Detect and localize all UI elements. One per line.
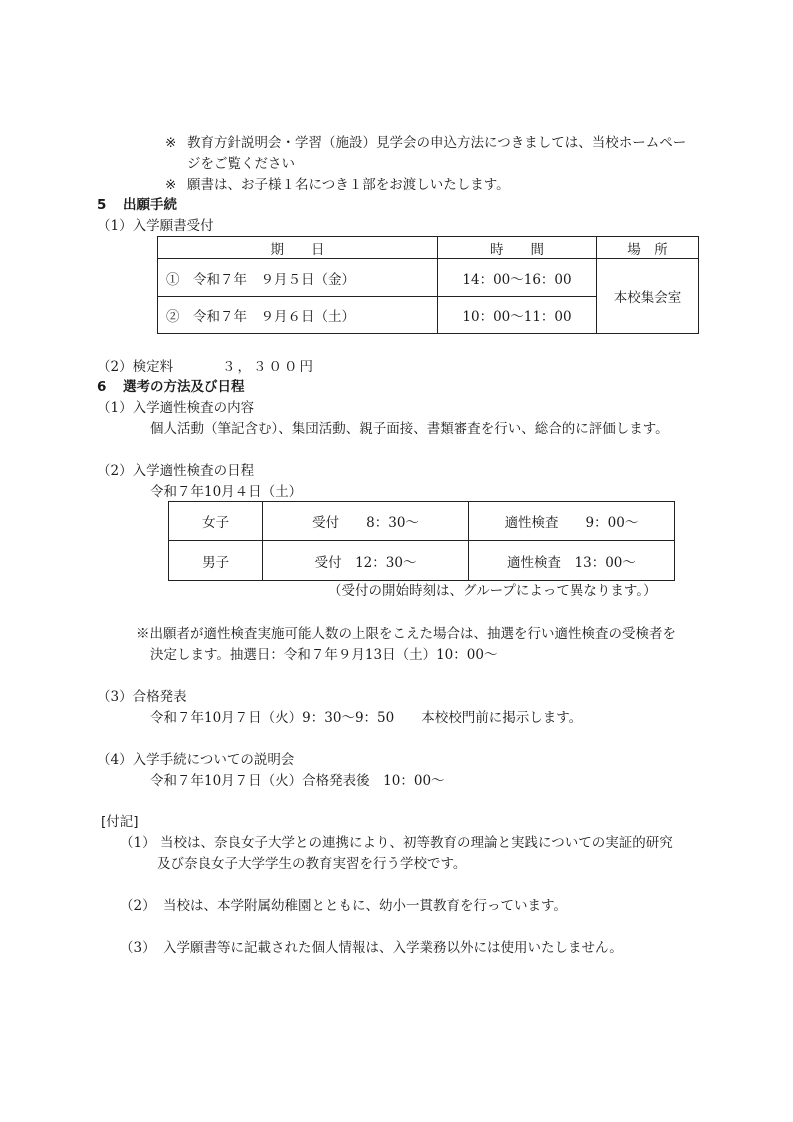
section6-item3-label: （3）合格発表	[97, 688, 187, 706]
appendix-title: [付記]	[101, 813, 139, 831]
appendix-item2-num: （2）	[120, 897, 156, 915]
reception-time-1: 14：00～16：00	[438, 259, 597, 297]
lottery-note-line2: 決定します。抽選日：令和７年９月13日（土）10：00～	[150, 646, 497, 664]
header-time: 時 間	[438, 237, 597, 259]
header-place: 場 所	[597, 237, 699, 259]
section6-item1-label: （1）入学適性検査の内容	[97, 399, 254, 417]
aptitude-test-schedule-table: 女子 受付 8：30～ 適性検査 9：00～ 男子 受付 12：30～ 適性検査…	[168, 501, 675, 581]
reception-boys: 受付 12：30～	[263, 541, 469, 581]
note-application-method-line2: ジをご覧ください	[187, 155, 295, 173]
section6-number: 6	[97, 378, 106, 396]
reception-date-2: ② 令和７年 ９月６日（土）	[158, 297, 438, 334]
enrollment-briefing: 令和７年10月７日（火）合格発表後 10：00～	[150, 772, 445, 790]
reception-date-1: ① 令和７年 ９月５日（金）	[158, 259, 438, 297]
appendix-item2-text: 当校は、本学附属幼稚園とともに、幼小一貫教育を行っています。	[163, 897, 567, 915]
header-date: 期 日	[158, 237, 438, 259]
group-boys: 男子	[169, 541, 263, 581]
exam-fee-value: ３，３００円	[222, 358, 315, 376]
exam-girls: 適性検査 9：00～	[468, 502, 674, 541]
note-application-method-line1: 教育方針説明会・学習（施設）見学会の申込方法につきましては、当校ホームペー	[187, 134, 686, 152]
appendix-item3-text: 入学願書等に記載された個人情報は、入学業務以外には使用いたしません。	[163, 939, 623, 957]
appendix-item1-line1: 当校は、奈良女子大学との連携により、初等教育の理論と実践についての実証的研究	[160, 834, 673, 852]
section6-title: 選考の方法及び日程	[123, 378, 245, 396]
section5-item1-label: （1）入学願書受付	[97, 217, 214, 235]
note-mark: ※	[165, 176, 176, 194]
section5-number: 5	[97, 196, 106, 214]
note-mark: ※	[165, 134, 176, 152]
appendix-item1-num: （1）	[120, 834, 156, 852]
section6-item2-label: （2）入学適性検査の日程	[97, 462, 254, 480]
result-announcement: 令和７年10月７日（火）9：30～9：50 本校校門前に掲示します。	[150, 709, 582, 727]
aptitude-test-content: 個人活動（筆記含む）、集団活動、親子面接、書類審査を行い、総合的に評価します。	[150, 420, 669, 438]
note-application-form: 願書は、お子様１名につき１部をお渡しいたします。	[187, 176, 510, 194]
reception-time-note: （受付の開始時刻は、グループによって異なります。）	[328, 582, 657, 600]
section5-title: 出願手続	[123, 196, 177, 214]
reception-place: 本校集会室	[597, 259, 699, 334]
section6-item4-label: （4）入学手続についての説明会	[97, 751, 294, 769]
application-reception-table: 期 日 時 間 場 所 ① 令和７年 ９月５日（金） 14：00～16：00 本…	[157, 236, 699, 334]
reception-girls: 受付 8：30～	[263, 502, 469, 541]
lottery-note-line1: ※出願者が適性検査実施可能人数の上限をこえた場合は、抽選を行い適性検査の受検者を	[136, 625, 676, 643]
exam-boys: 適性検査 13：00～	[468, 541, 674, 581]
aptitude-test-date: 令和７年10月４日（土）	[150, 483, 302, 501]
section5-item2-label: （2）検定料	[97, 358, 173, 376]
appendix-item3-num: （3）	[120, 939, 156, 957]
reception-time-2: 10：00～11：00	[438, 297, 597, 334]
group-girls: 女子	[169, 502, 263, 541]
appendix-item1-line2: 及び奈良女子大学学生の教育実習を行う学校です。	[157, 855, 466, 873]
